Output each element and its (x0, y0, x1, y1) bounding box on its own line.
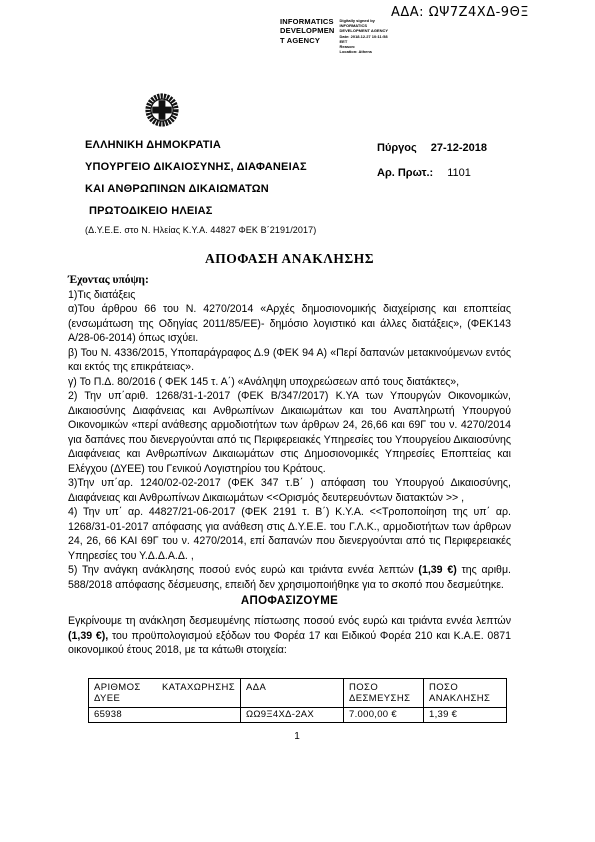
document-date: 27-12-2018 (431, 142, 487, 154)
paragraph-approval-text: Εγκρίνουμε τη ανάκληση δεσμευμένης πίστω… (68, 615, 511, 627)
header-revocation-amount: ΠΟΣΟ ΑΝΑΚΛΗΣΗΣ (424, 678, 507, 707)
signature-details: Digitally signed by INFORMATICS DEVELOPM… (340, 18, 389, 54)
letterhead: ΕΛΛΗΝΙΚΗ ΔΗΜΟΚΡΑΤΙΑ ΥΠΟΥΡΓΕΙΟ ΔΙΚΑΙΟΣΥΝΗ… (85, 140, 365, 244)
paragraph-provisions: 1)Τις διατάξεις (68, 288, 511, 303)
digital-signature-stamp: INFORMATICS DEVELOPMEN T AGENCY Digitall… (280, 17, 388, 54)
signature-agency-name: INFORMATICS DEVELOPMEN T AGENCY (280, 17, 335, 45)
place-label: Πύργος (377, 142, 417, 154)
paragraph-decision-1240: 3)Την υπ΄αρ. 1240/02-02-2017 (ΦΕΚ 347 τ.… (68, 476, 511, 505)
amount-highlight: (1,39 €) (418, 564, 456, 576)
cell-registration-number: 65938 (89, 707, 241, 722)
decision-title: ΑΠΟΦΑΣΗ ΑΝΑΚΛΗΣΗΣ (68, 251, 511, 266)
ada-code: ΑΔΑ: ΩΨ7Ζ4ΧΔ-9ΘΞ (391, 5, 529, 20)
protocol-number: 1101 (447, 167, 471, 179)
table-row: 65938 ΩΩ9Ξ4ΧΔ-2ΑΧ 7.000,00 € 1,39 € (89, 707, 507, 722)
header-commitment-amount: ΠΟΣΟ ΔΕΣΜΕΥΣΗΣ (344, 678, 424, 707)
paragraph-revocation-need-text: 5) Την ανάγκη ανάκλησης ποσού ενός ευρώ … (68, 564, 418, 576)
paragraph-kya-44827: 4) Την υπ΄ αρ. 44827/21-06-2017 (ΦΕΚ 219… (68, 505, 511, 563)
cell-ada: ΩΩ9Ξ4ΧΔ-2ΑΧ (241, 707, 344, 722)
paragraph-approval-text2: του προϋπολογισμού εξόδων του Φορέα 17 κ… (68, 630, 511, 657)
paragraph-kya-1268: 2) Την υπ΄αριθ. 1268/31-1-2017 (ΦΕΚ Β/34… (68, 389, 511, 476)
decide-heading: ΑΠΟΦΑΣΙΖΟΥΜΕ (68, 594, 511, 609)
header-registration-number: ΑΡΙΘΜΟΣ ΚΑΤΑΧΩΡΗΣΗΣ ΔΥΕΕ (89, 678, 241, 707)
org-line-ministry: ΥΠΟΥΡΓΕΙΟ ΔΙΚΑΙΟΣΥΝΗΣ, ΔΙΑΦΑΝΕΙΑΣ (85, 162, 365, 173)
document-body: ΑΠΟΦΑΣΗ ΑΝΑΚΛΗΣΗΣ Έχοντας υπόψη: 1)Τις δ… (68, 251, 511, 742)
paragraph-law-4270: α)Του άρθρου 66 του Ν. 4270/2014 «Αρχές … (68, 302, 511, 346)
paragraph-law-4336: β) Του Ν. 4336/2015, Υποπαράγραφος Δ.9 (… (68, 346, 511, 375)
greek-coat-of-arms-icon (145, 92, 179, 128)
table-header-row: ΑΡΙΘΜΟΣ ΚΑΤΑΧΩΡΗΣΗΣ ΔΥΕΕ ΑΔΑ ΠΟΣΟ ΔΕΣΜΕΥ… (89, 678, 507, 707)
amount-highlight-2: (1,39 €), (68, 630, 108, 642)
having-regard-label: Έχοντας υπόψη: (68, 273, 511, 288)
page-number: 1 (88, 731, 506, 742)
paragraph-approval: Εγκρίνουμε τη ανάκληση δεσμευμένης πίστω… (68, 614, 511, 658)
org-note: (Δ.Υ.Ε.Ε. στο Ν. Ηλείας Κ.Υ.Α. 44827 ΦΕΚ… (85, 225, 365, 235)
date-protocol-block: Πύργος 27-12-2018 Αρ. Πρωτ.: 1101 (377, 142, 487, 192)
cell-commitment-amount: 7.000,00 € (344, 707, 424, 722)
cell-revocation-amount: 1,39 € (424, 707, 507, 722)
org-line-ministry2: ΚΑΙ ΑΝΘΡΩΠΙΝΩΝ ΔΙΚΑΙΩΜΑΤΩΝ (85, 184, 365, 195)
revocation-table: ΑΡΙΘΜΟΣ ΚΑΤΑΧΩΡΗΣΗΣ ΔΥΕΕ ΑΔΑ ΠΟΣΟ ΔΕΣΜΕΥ… (88, 678, 507, 723)
org-line-republic: ΕΛΛΗΝΙΚΗ ΔΗΜΟΚΡΑΤΙΑ (85, 140, 365, 151)
paragraph-revocation-need: 5) Την ανάγκη ανάκλησης ποσού ενός ευρώ … (68, 563, 511, 592)
org-line-court: ΠΡΩΤΟΔΙΚΕΙΟ ΗΛΕΙΑΣ (89, 206, 365, 217)
protocol-label: Αρ. Πρωτ.: (377, 167, 433, 179)
document-page: ΑΔΑ: ΩΨ7Ζ4ΧΔ-9ΘΞ INFORMATICS DEVELOPMEN … (0, 0, 595, 842)
revocation-table-wrapper: ΑΡΙΘΜΟΣ ΚΑΤΑΧΩΡΗΣΗΣ ΔΥΕΕ ΑΔΑ ΠΟΣΟ ΔΕΣΜΕΥ… (88, 678, 506, 723)
paragraph-pd-80: γ) Το Π.Δ. 80/2016 ( ΦΕΚ 145 τ. Α΄) «Ανά… (68, 375, 511, 390)
header-ada: ΑΔΑ (241, 678, 344, 707)
